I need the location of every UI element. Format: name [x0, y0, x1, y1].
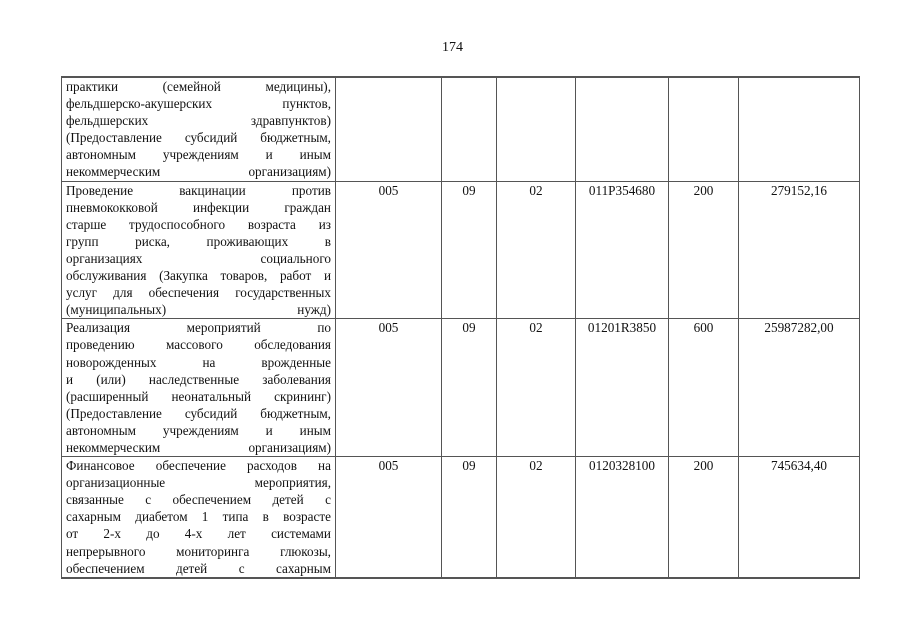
- subsection-code-cell: 02: [497, 457, 576, 578]
- subsection-code-cell: [497, 77, 576, 181]
- description-cell: Реализациямероприятийпопроведениюмассово…: [62, 319, 336, 457]
- description-line: связанныесобеспечениемдетейс: [66, 491, 331, 508]
- description-line: проведениюмассовогообследования: [66, 336, 331, 353]
- description-line: услугдляобеспечениягосударственных: [66, 284, 331, 301]
- description-line: организацияхсоциального: [66, 250, 331, 267]
- budget-table: практики(семейноймедицины),фельдшерско-а…: [61, 76, 860, 579]
- description-line: (Предоставлениесубсидийбюджетным,: [66, 129, 331, 146]
- description-line: некоммерческим организациям): [66, 163, 331, 180]
- amount-cell: 745634,40: [739, 457, 860, 578]
- description-line: обслуживания(Закупкатоваров,работи: [66, 267, 331, 284]
- description-line: практики(семейноймедицины),: [66, 78, 331, 95]
- description-cell: практики(семейноймедицины),фельдшерско-а…: [62, 77, 336, 181]
- description-line: некоммерческим организациям): [66, 439, 331, 456]
- description-line: пневмококковойинфекцииграждан: [66, 199, 331, 216]
- description-cell: Проведениевакцинациипротивпневмококковой…: [62, 181, 336, 319]
- amount-cell: 25987282,00: [739, 319, 860, 457]
- expense-type-cell: 200: [669, 181, 739, 319]
- table-row: практики(семейноймедицины),фельдшерско-а…: [62, 77, 860, 181]
- subsection-code-cell: 02: [497, 181, 576, 319]
- section-code-cell: [442, 77, 497, 181]
- description-line: от2-хдо4-хлетсистемами: [66, 525, 331, 542]
- description-line: обеспечением детей с сахарным: [66, 560, 331, 577]
- description-cell: Финансовоеобеспечениерасходовнаорганизац…: [62, 457, 336, 578]
- table-row: Реализациямероприятийпопроведениюмассово…: [62, 319, 860, 457]
- description-line: организационныемероприятия,: [66, 474, 331, 491]
- target-article-cell: 0120328100: [576, 457, 669, 578]
- expense-type-cell: [669, 77, 739, 181]
- description-line: Финансовоеобеспечениерасходовна: [66, 457, 331, 474]
- table-row: Проведениевакцинациипротивпневмококковой…: [62, 181, 860, 319]
- description-line: старшетрудоспособноговозрастаиз: [66, 216, 331, 233]
- description-line: автономнымучреждениямииным: [66, 422, 331, 439]
- description-line: (расширенныйнеонатальныйскрининг): [66, 388, 331, 405]
- description-line: автономнымучреждениямииным: [66, 146, 331, 163]
- target-article-cell: 011P354680: [576, 181, 669, 319]
- ministry-code-cell: 005: [336, 457, 442, 578]
- target-article-cell: 01201R3850: [576, 319, 669, 457]
- description-line: Реализациямероприятийпо: [66, 319, 331, 336]
- section-code-cell: 09: [442, 181, 497, 319]
- description-line: Проведениевакцинациипротив: [66, 182, 331, 199]
- section-code-cell: 09: [442, 319, 497, 457]
- expense-type-cell: 600: [669, 319, 739, 457]
- table-row: Финансовоеобеспечениерасходовнаорганизац…: [62, 457, 860, 578]
- description-line: фельдшерскихздравпунктов): [66, 112, 331, 129]
- ministry-code-cell: [336, 77, 442, 181]
- description-line: сахарнымдиабетом1типаввозрасте: [66, 508, 331, 525]
- expense-type-cell: 200: [669, 457, 739, 578]
- section-code-cell: 09: [442, 457, 497, 578]
- page-number: 174: [0, 40, 905, 56]
- description-line: (муниципальных) нужд): [66, 301, 331, 318]
- description-line: (Предоставлениесубсидийбюджетным,: [66, 405, 331, 422]
- ministry-code-cell: 005: [336, 181, 442, 319]
- description-line: и(или)наследственныезаболевания: [66, 371, 331, 388]
- target-article-cell: [576, 77, 669, 181]
- amount-cell: 279152,16: [739, 181, 860, 319]
- description-line: непрерывногомониторингаглюкозы,: [66, 543, 331, 560]
- description-line: фельдшерско-акушерскихпунктов,: [66, 95, 331, 112]
- description-line: новорожденныхнаврожденные: [66, 354, 331, 371]
- amount-cell: [739, 77, 860, 181]
- description-line: групприска,проживающихв: [66, 233, 331, 250]
- ministry-code-cell: 005: [336, 319, 442, 457]
- subsection-code-cell: 02: [497, 319, 576, 457]
